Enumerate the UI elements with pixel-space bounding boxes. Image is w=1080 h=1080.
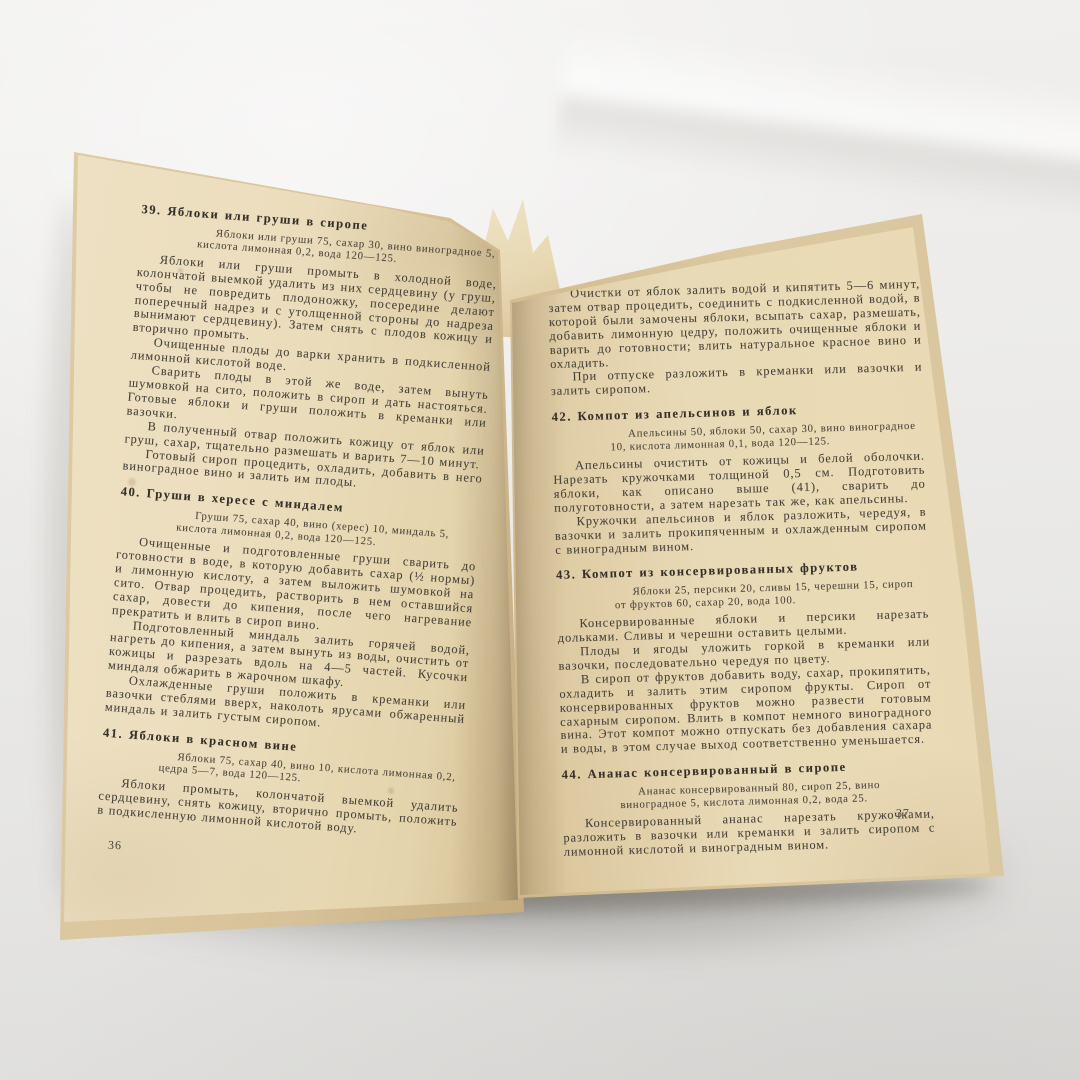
recipe-43-ingredients: Яблоки 25, персики 20, сливы 15, черешни… xyxy=(614,578,927,612)
recipe-43-paragraph: В сироп от фруктов добавить воду, сахар,… xyxy=(559,663,933,757)
right-page: Очистки от яблок залить водой и кипятить… xyxy=(488,210,998,910)
book-photo-scene: 39. Яблоки или груши в сиропе Яблоки или… xyxy=(0,0,1080,1080)
recipe-42-paragraph: Кружочки апельсинов и яблок разложить, ч… xyxy=(554,505,927,557)
right-page-text-column: Очистки от яблок залить водой и кипятить… xyxy=(548,278,936,860)
fabric-fold xyxy=(554,26,1080,223)
left-page: 39. Яблоки или груши в сиропе Яблоки или… xyxy=(58,148,523,938)
recipe-44-paragraph: Консервированный ананас нарезать кружочк… xyxy=(563,808,936,860)
recipe-41-continued-paragraph: Очистки от яблок залить водой и кипятить… xyxy=(548,278,922,372)
left-page-text-column: 39. Яблоки или груши в сиропе Яблоки или… xyxy=(97,202,501,843)
recipe-42-ingredients: Апельсины 50, яблоки 50, сахар 30, вино … xyxy=(610,420,923,454)
page-number-right: 37 xyxy=(896,806,910,821)
page-number-left: 36 xyxy=(108,838,122,853)
recipe-44-ingredients: Ананас консервированный 80, сироп 25, ви… xyxy=(620,778,933,812)
